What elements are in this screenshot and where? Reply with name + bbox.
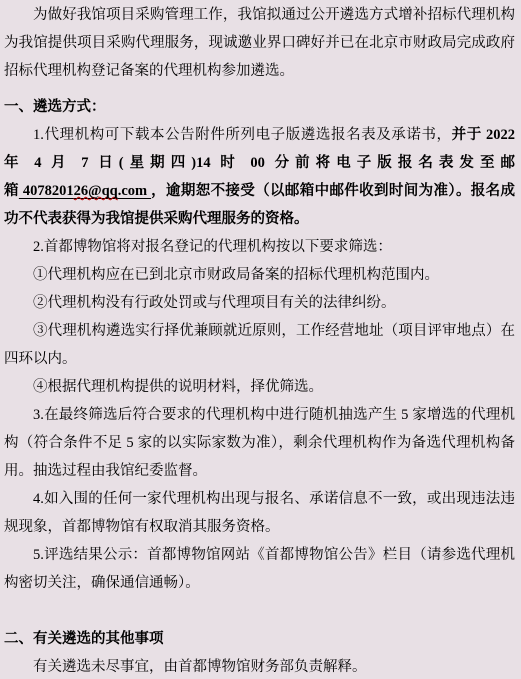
item-3-paragraph: 3.在最终筛选后符合要求的代理机构中进行随机抽选产生 5 家增选的代理机构（符合… [4,401,515,485]
item-2-paragraph: 2.首都博物馆将对报名登记的代理机构按以下要求筛选： [4,233,515,261]
email-address: 407820126@qq.com [19,183,151,199]
item-2-criterion-1: ①代理机构应在已到北京市财政局备案的招标代理机构范围内。 [4,261,515,289]
section-2-heading: 二、有关遴选的其他事项 [4,625,515,653]
closing-paragraph: 有关遴选未尽事宜，由首都博物馆财务部负责解释。 [4,653,515,679]
email-misspell-squiggle: 26@qq [74,183,118,199]
email-prefix: 4078201 [19,183,74,199]
section-1-heading: 一、遴选方式： [4,93,515,121]
item-2-criterion-3: ③代理机构遴选实行择优兼顾就近原则，工作经营地址（项目评审地点）在四环以内。 [4,317,515,373]
intro-paragraph: 为做好我馆项目采购管理工作，我馆拟通过公开遴选方式增补招标代理机构为我馆提供项目… [4,1,515,85]
item-4-paragraph: 4.如入围的任何一家代理机构出现与报名、承诺信息不一致，或出现违法违规现象，首都… [4,485,515,541]
item-2-criterion-2: ②代理机构没有行政处罚或与代理项目有关的法律纠纷。 [4,289,515,317]
item-5-paragraph: 5.评选结果公示：首都博物馆网站《首都博物馆公告》栏目（请参选代理机构密切关注，… [4,541,515,597]
item-2-criterion-4: ④根据代理机构提供的说明材料，择优筛选。 [4,373,515,401]
item-1-paragraph: 1.代理机构可下载本公告附件所列电子版遴选报名表及承诺书，并于 2022 年 4… [4,121,515,233]
item-1-normal-text: 1.代理机构可下载本公告附件所列电子版遴选报名表及承诺书， [33,127,452,143]
announcement-document: 为做好我馆项目采购管理工作，我馆拟通过公开遴选方式增补招标代理机构为我馆提供项目… [0,0,521,679]
email-suffix: .com [118,183,151,199]
